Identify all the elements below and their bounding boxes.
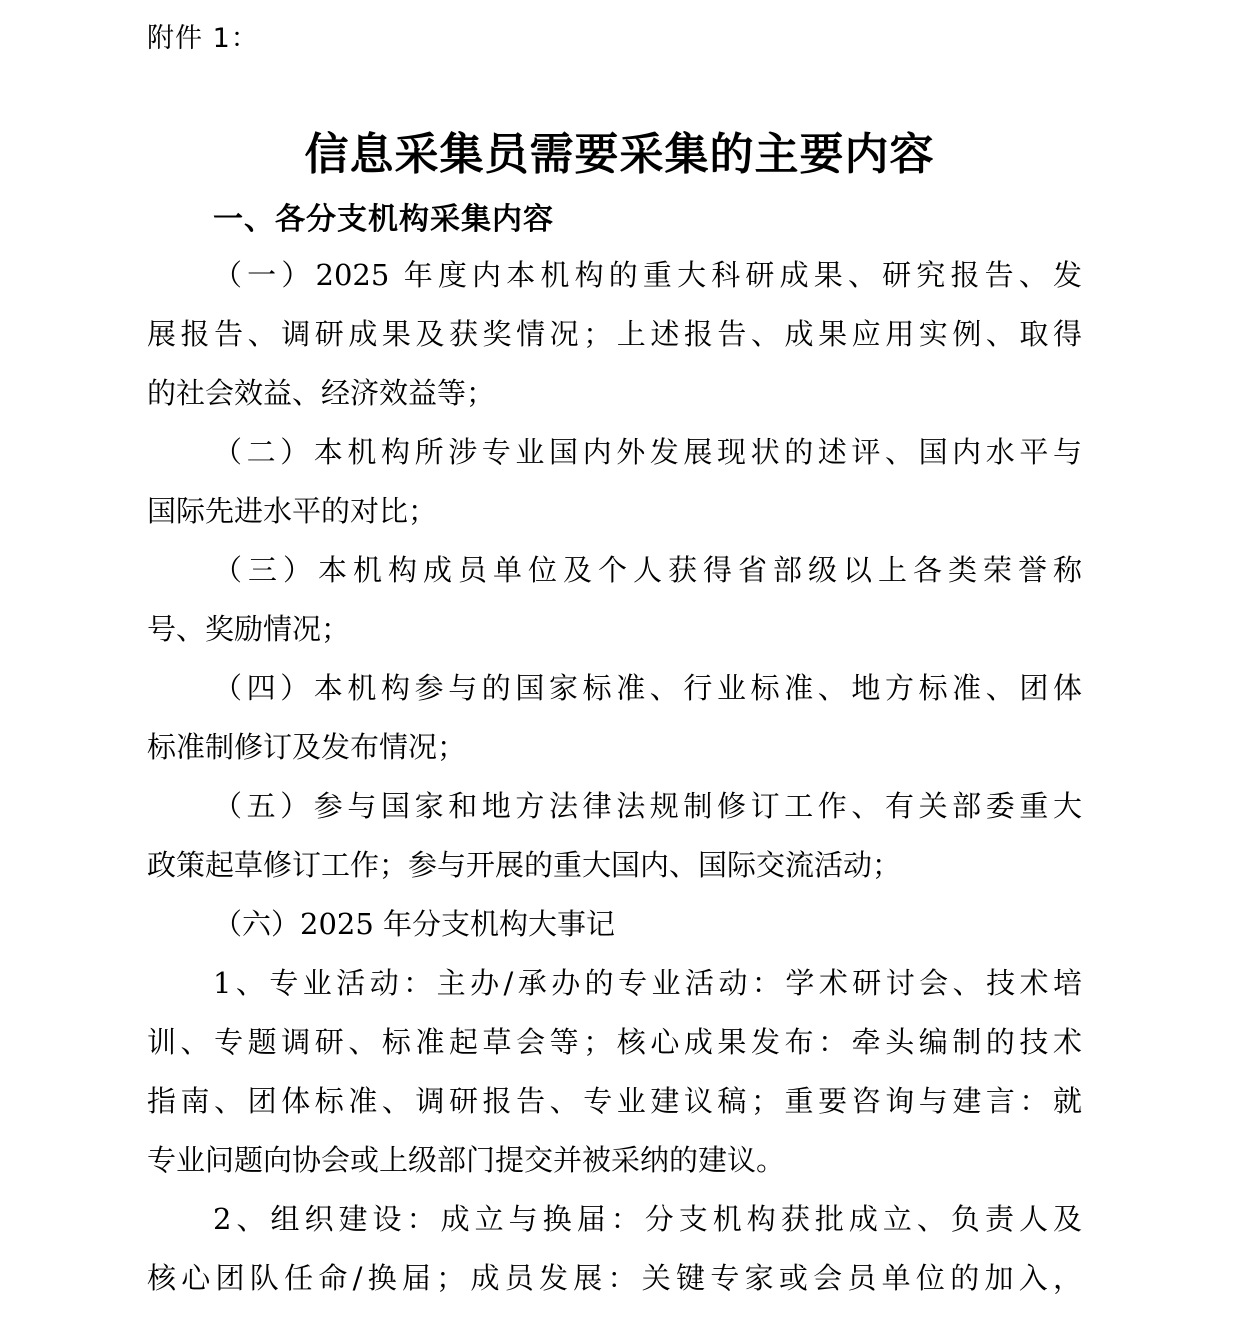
paragraph-line: 专业问题向协会或上级部门提交并被采纳的建议。 [147,1140,1082,1180]
paragraph-line: 1、专业活动：主办/承办的专业活动：学术研讨会、技术培 [213,963,1082,1003]
paragraph-line: 标准制修订及发布情况； [147,727,1082,767]
document-title: 信息采集员需要采集的主要内容 [0,118,1239,182]
paragraph-line: （五）参与国家和地方法律法规制修订工作、有关部委重大 [213,786,1082,826]
paragraph-line: 指南、团体标准、调研报告、专业建议稿；重要咨询与建言：就 [147,1081,1082,1121]
paragraph-line: 展报告、调研成果及获奖情况；上述报告、成果应用实例、取得 [147,314,1082,354]
section-heading: 一、各分支机构采集内容 [213,194,554,238]
paragraph-line: 2、组织建设：成立与换届：分支机构获批成立、负责人及 [213,1199,1082,1239]
paragraph-line: 核心团队任命/换届；成员发展：关键专家或会员单位的加入， [147,1258,1082,1298]
paragraph-line: （一）2025 年度内本机构的重大科研成果、研究报告、发 [213,255,1082,295]
paragraph-line: 的社会效益、经济效益等； [147,373,1082,413]
document-page: 附件 1： 信息采集员需要采集的主要内容 一、各分支机构采集内容 （一）2025… [0,0,1239,1320]
paragraph-line: 训、专题调研、标准起草会等；核心成果发布：牵头编制的技术 [147,1022,1082,1062]
attachment-label: 附件 1： [147,16,259,55]
paragraph-line: （三）本机构成员单位及个人获得省部级以上各类荣誉称 [213,550,1082,590]
paragraph-line: 国际先进水平的对比； [147,491,1082,531]
paragraph-line: （四）本机构参与的国家标准、行业标准、地方标准、团体 [213,668,1082,708]
paragraph-line: （二）本机构所涉专业国内外发展现状的述评、国内水平与 [213,432,1082,472]
paragraph-line: 政策起草修订工作；参与开展的重大国内、国际交流活动； [147,845,1082,885]
paragraph-line: （六）2025 年分支机构大事记 [213,904,1082,944]
paragraph-line: 号、奖励情况； [147,609,1082,649]
